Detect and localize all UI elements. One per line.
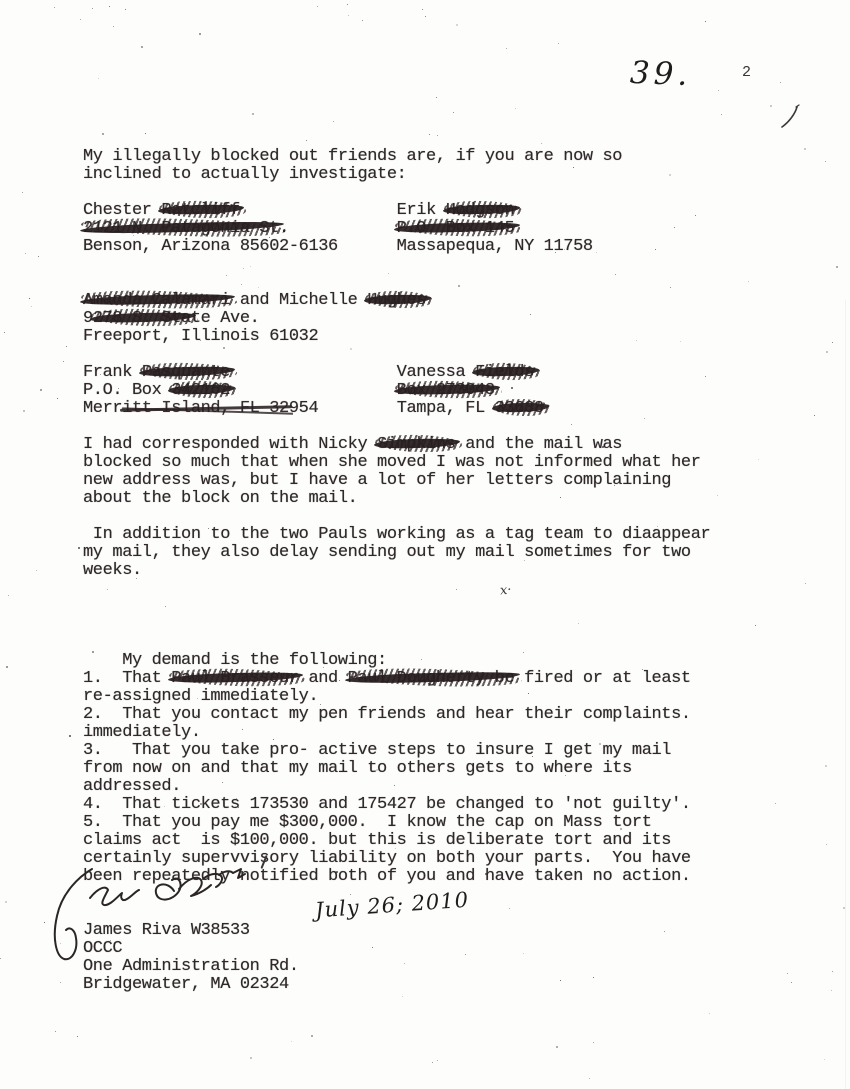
redacted-text: Paul Dougherty be xyxy=(348,669,515,688)
redacted-text: itt Island, FL 32 xyxy=(122,399,289,418)
handwritten-signature xyxy=(48,860,263,970)
text-segment: and Michelle xyxy=(230,291,367,310)
document-line: about the block on the mail. xyxy=(83,490,823,508)
document-line: 9278 S. State Ave. xyxy=(83,310,823,328)
document-line: Bridgewater, MA 02324 xyxy=(83,976,823,994)
document-line xyxy=(83,598,823,616)
redacted-text: Hughes xyxy=(367,291,426,310)
redacted-text: Pasquante xyxy=(142,363,230,382)
document-line xyxy=(83,616,823,634)
text-segment: inclined to actually investigate: xyxy=(83,165,406,184)
document-line: 1. That Paul Brasseur and Paul Dougherty… xyxy=(83,670,823,688)
document-line: Amanda Calamari and Michelle Hughes xyxy=(83,292,823,310)
text-segment: My illegally blocked out friends are, if… xyxy=(83,147,622,166)
document-line: weeks. xyxy=(83,562,823,580)
document-line: My illegally blocked out friends are, if… xyxy=(83,148,823,166)
redacted-text: 33638 xyxy=(495,399,544,418)
document-line: Merritt Island, FL 32954 Tampa, FL 33638 xyxy=(83,400,823,418)
text-segment: and xyxy=(299,669,348,688)
text-segment: from now on and that my mail to others g… xyxy=(83,759,632,778)
handwritten-page-number: 39. xyxy=(629,55,692,93)
document-line: 4. That tickets 173530 and 175427 be cha… xyxy=(83,796,823,814)
text-segment: 2. That you contact my pen friends and h… xyxy=(83,705,691,724)
redacted-text: 342162 xyxy=(171,381,230,400)
pen-hook-mark-icon xyxy=(780,104,802,130)
scanned-letter-page: 39. 2 My illegally blocked out friends a… xyxy=(0,0,850,1089)
text-segment: P.O. Box xyxy=(83,381,171,400)
document-line: P.O. Box 342162 Box 273043 xyxy=(83,382,823,400)
redacted-text: Hodgson xyxy=(446,201,515,220)
text-segment: weeks. xyxy=(83,561,142,580)
text-segment: new address was, but I have a lot of her… xyxy=(83,471,671,490)
redacted-text: Fields xyxy=(475,363,534,382)
text-segment: re-assigned immediately. xyxy=(83,687,318,706)
text-segment: 3. That you take pro- active steps to in… xyxy=(83,741,671,760)
document-line xyxy=(83,346,823,364)
document-line: 5. That you pay me $300,000. I know the … xyxy=(83,814,823,832)
typed-page-number: 2 xyxy=(742,64,751,81)
redacted-text: Ratcliff xyxy=(161,201,239,220)
document-line xyxy=(83,184,823,202)
text-segment: . xyxy=(279,219,397,238)
document-line: Benson, Arizona 85602-6136 Massapequa, N… xyxy=(83,238,823,256)
text-segment: immediately. xyxy=(83,723,201,742)
text-segment: claims act is $100,000. but this is deli… xyxy=(83,831,671,850)
document-line: 2. That you contact my pen friends and h… xyxy=(83,706,823,724)
redacted-text: Box 273043 xyxy=(397,381,495,400)
text-segment: I had corresponded with Nicky xyxy=(83,435,377,454)
document-line: Frank Pasquante Vanessa Fields xyxy=(83,364,823,382)
document-line: Chester Ratcliff Erik Hodgson xyxy=(83,202,823,220)
text-segment: Vanessa xyxy=(397,363,475,382)
text-segment: 4. That tickets 173530 and 175427 be cha… xyxy=(83,795,691,814)
redacted-text: Paul Brasseur xyxy=(171,669,298,688)
text-segment: Benson, Arizona 85602-6136 Massapequa, N… xyxy=(83,237,593,256)
text-segment: te Ave. xyxy=(191,309,260,328)
text-segment: Bridgewater, MA 02324 xyxy=(83,975,289,994)
text-segment: 954 xyxy=(289,399,397,418)
text-segment: blocked so much that when she moved I wa… xyxy=(83,453,701,472)
text-segment xyxy=(230,363,397,382)
redacted-text: Amanda Calamari xyxy=(83,291,230,310)
document-line: addressed. xyxy=(83,778,823,796)
document-line: my mail, they also delay sending out my … xyxy=(83,544,823,562)
document-line: My demand is the following: xyxy=(83,652,823,670)
text-segment: 1. That xyxy=(83,669,171,688)
document-line: from now on and that my mail to others g… xyxy=(83,760,823,778)
text-segment: Tampa, FL xyxy=(397,399,495,418)
document-line: In addition to the two Pauls working as … xyxy=(83,526,823,544)
text-segment: my mail, they also delay sending out my … xyxy=(83,543,691,562)
document-line xyxy=(83,256,823,274)
stray-handwritten-mark: x· xyxy=(499,582,512,598)
text-segment: Freeport, Illinois 61032 xyxy=(83,327,318,346)
text-segment: addressed. xyxy=(83,777,181,796)
redacted-text: P.O. Box 145 xyxy=(397,219,515,238)
redacted-text: 278 S. Sta xyxy=(93,309,191,328)
document-line: new address was, but I have a lot of her… xyxy=(83,472,823,490)
text-segment: Merr xyxy=(83,399,122,418)
document-line: Freeport, Illinois 61032 xyxy=(83,328,823,346)
text-segment: 5. That you pay me $300,000. I know the … xyxy=(83,813,652,832)
document-line: 3. That you take pro- active steps to in… xyxy=(83,742,823,760)
document-line xyxy=(83,274,823,292)
text-segment: about the block on the mail. xyxy=(83,489,357,508)
text-segment xyxy=(230,381,397,400)
text-segment: Frank xyxy=(83,363,142,382)
document-line: re-assigned immediately. xyxy=(83,688,823,706)
document-line xyxy=(83,508,823,526)
text-segment xyxy=(240,201,397,220)
text-segment: Erik xyxy=(397,201,446,220)
document-line: blocked so much that when she moved I wa… xyxy=(83,454,823,472)
document-line xyxy=(83,634,823,652)
text-segment: Chester xyxy=(83,201,161,220)
text-segment: fired or at least xyxy=(514,669,690,688)
document-line xyxy=(83,418,823,436)
document-line: immediately. xyxy=(83,724,823,742)
document-line: inclined to actually investigate: xyxy=(83,166,823,184)
text-segment: In addition to the two Pauls working as … xyxy=(83,525,710,544)
document-line: claims act is $100,000. but this is deli… xyxy=(83,832,823,850)
redacted-text: Simpkins xyxy=(377,435,455,454)
text-segment: My demand is the following: xyxy=(83,651,387,670)
text-segment: and the mail was xyxy=(455,435,622,454)
redacted-text: 2121 N. Patagonia St xyxy=(83,219,279,238)
document-line xyxy=(83,580,823,598)
document-line: I had corresponded with Nicky Simpkins a… xyxy=(83,436,823,454)
page-edge-shadow xyxy=(845,300,846,1089)
document-line: 2121 N. Patagonia St. P.O. Box 145 xyxy=(83,220,823,238)
